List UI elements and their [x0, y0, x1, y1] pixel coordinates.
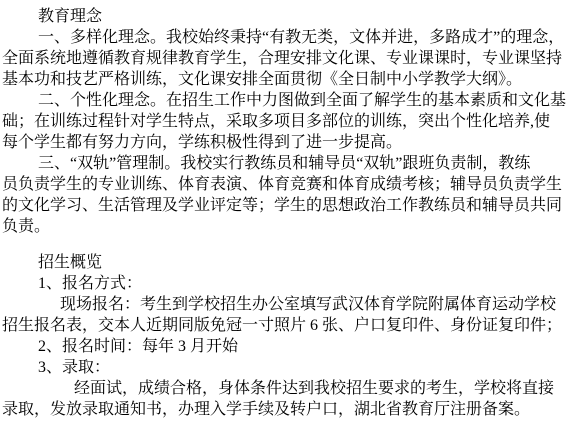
list-item-1-registration-method: 1、报名方式： — [2, 273, 571, 294]
paragraph-line: 现场报名：考生到学校招生办公室填写武汉体育学院附属体育运动学校 — [2, 294, 571, 315]
paragraph-line: 一、多样化理念。我校始终秉持“有教无类，文体并进，多路成才”的理念， — [2, 27, 571, 48]
paragraph-line: 员负责学生的专业训练、体育表演、体育竞赛和体育成绩考核；辅导员负责学生 — [2, 174, 571, 195]
paragraph-line: 三、“双轨”管理制。我校实行教练员和辅导员“双轨”跟班负责制，教练 — [2, 153, 571, 174]
paragraph-line: 经面试，成绩合格，身体条件达到我校招生要求的考生，学校将直接 — [2, 378, 571, 399]
document-page: 教育理念 一、多样化理念。我校始终秉持“有教无类，文体并进，多路成才”的理念， … — [0, 0, 571, 429]
paragraph-line: 录取，发放录取通知书，办理入学手续及转户口，湖北省教育厅注册备案。 — [2, 399, 571, 420]
blank-line — [2, 237, 571, 252]
paragraph-line: 础；在训练过程针对学生特点，采取多项目多部位的训练，突出个性化培养,使 — [2, 111, 571, 132]
paragraph-line: 二、个性化理念。在招生工作中力图做到全面了解学生的基本素质和文化基 — [2, 90, 571, 111]
paragraph-line: 基本功和技艺严格训练，文化课安排全面贯彻《全日制中小学教学大纲》。 — [2, 69, 571, 90]
paragraph-line: 每个学生都有努力方向，学练积极性得到了进一步提高。 — [2, 132, 571, 153]
paragraph-line: 招生报名表，交本人近期同版免冠一寸照片 6 张、户口复印件、身份证复印件； — [2, 315, 571, 336]
section-heading-admissions-overview: 招生概览 — [2, 252, 571, 273]
paragraph-line: 全面系统地遵循教育规律教育学生，合理安排文化课、专业课课时，专业课坚持 — [2, 48, 571, 69]
paragraph-line: 负责。 — [2, 216, 571, 237]
section-heading-education-philosophy: 教育理念 — [2, 6, 571, 27]
paragraph-line: 的文化学习、生活管理及学业评定等；学生的思想政治工作教练员和辅导员共同 — [2, 195, 571, 216]
list-item-3-admission: 3、录取： — [2, 357, 571, 378]
list-item-2-registration-time: 2、报名时间：每年 3 月开始 — [2, 336, 571, 357]
